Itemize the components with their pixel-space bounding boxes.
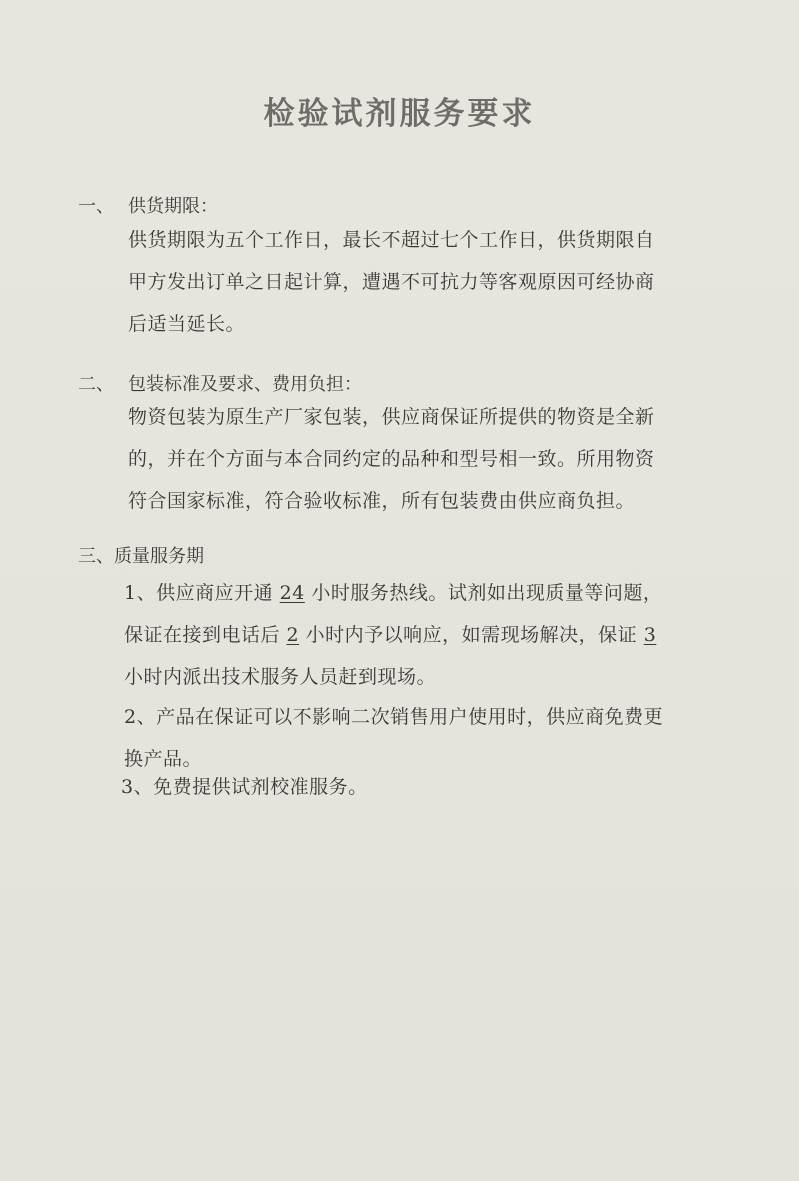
text-segment: 小时服务热线。试剂如出现质量等问题，: [305, 582, 663, 604]
section-3-title: 质量服务期: [114, 546, 204, 567]
section-2-body: 物资包装为原生产厂家包装，供应商保证所提供的物资是全新 的，并在个方面与本合同约…: [128, 396, 655, 522]
section-3-item-1: 1、供应商应开通 24 小时服务热线。试剂如出现质量等问题， 保证在接到电话后 …: [124, 572, 662, 698]
section-1-heading: 一、供货期限：: [78, 192, 218, 218]
text-segment: 1、供应商应开通: [124, 582, 280, 604]
text-segment: 小时内予以响应，如需现场解决，保证: [299, 624, 644, 646]
section-2-line: 符合国家标准，符合验收标准，所有包装费由供应商负担。: [128, 480, 655, 522]
document-page: 检验试剂服务要求 一、供货期限： 供货期限为五个工作日，最长不超过七个工作日，供…: [0, 0, 799, 1181]
section-2-line: 的，并在个方面与本合同约定的品种和型号相一致。所用物资: [128, 438, 655, 480]
document-title: 检验试剂服务要求: [0, 88, 799, 133]
item-2-line: 2、产品在保证可以不影响二次销售用户使用时，供应商免费更: [124, 696, 663, 738]
section-3-heading: 三、质量服务期: [78, 542, 204, 568]
response-hours-value: 2: [287, 624, 300, 646]
section-1-line: 甲方发出订单之日起计算，遭遇不可抗力等客观原因可经协商: [128, 261, 655, 303]
section-1-body: 供货期限为五个工作日，最长不超过七个工作日，供货期限自 甲方发出订单之日起计算，…: [128, 219, 655, 345]
section-1-line: 后适当延长。: [128, 303, 655, 345]
section-2-line: 物资包装为原生产厂家包装，供应商保证所提供的物资是全新: [128, 396, 655, 438]
onsite-hours-value: 3: [644, 624, 657, 646]
text-segment: 保证在接到电话后: [124, 624, 287, 646]
section-1-line: 供货期限为五个工作日，最长不超过七个工作日，供货期限自: [128, 219, 655, 261]
hotline-hours-value: 24: [280, 582, 305, 604]
section-3-item-3: 3、免费提供试剂校准服务。: [121, 766, 368, 808]
item-1-line-1: 1、供应商应开通 24 小时服务热线。试剂如出现质量等问题，: [124, 572, 662, 614]
item-1-line-2: 保证在接到电话后 2 小时内予以响应，如需现场解决，保证 3: [124, 614, 662, 656]
section-2-heading: 二、包装标准及要求、费用负担：: [78, 370, 362, 396]
section-2-title: 包装标准及要求、费用负担：: [128, 374, 362, 395]
item-3-line: 3、免费提供试剂校准服务。: [121, 766, 368, 808]
section-3-number: 三、: [78, 542, 114, 568]
item-1-line-3: 小时内派出技术服务人员赶到现场。: [124, 656, 662, 698]
section-1-number: 一、: [78, 192, 128, 218]
section-2-number: 二、: [78, 370, 128, 396]
section-1-title: 供货期限：: [128, 196, 218, 217]
